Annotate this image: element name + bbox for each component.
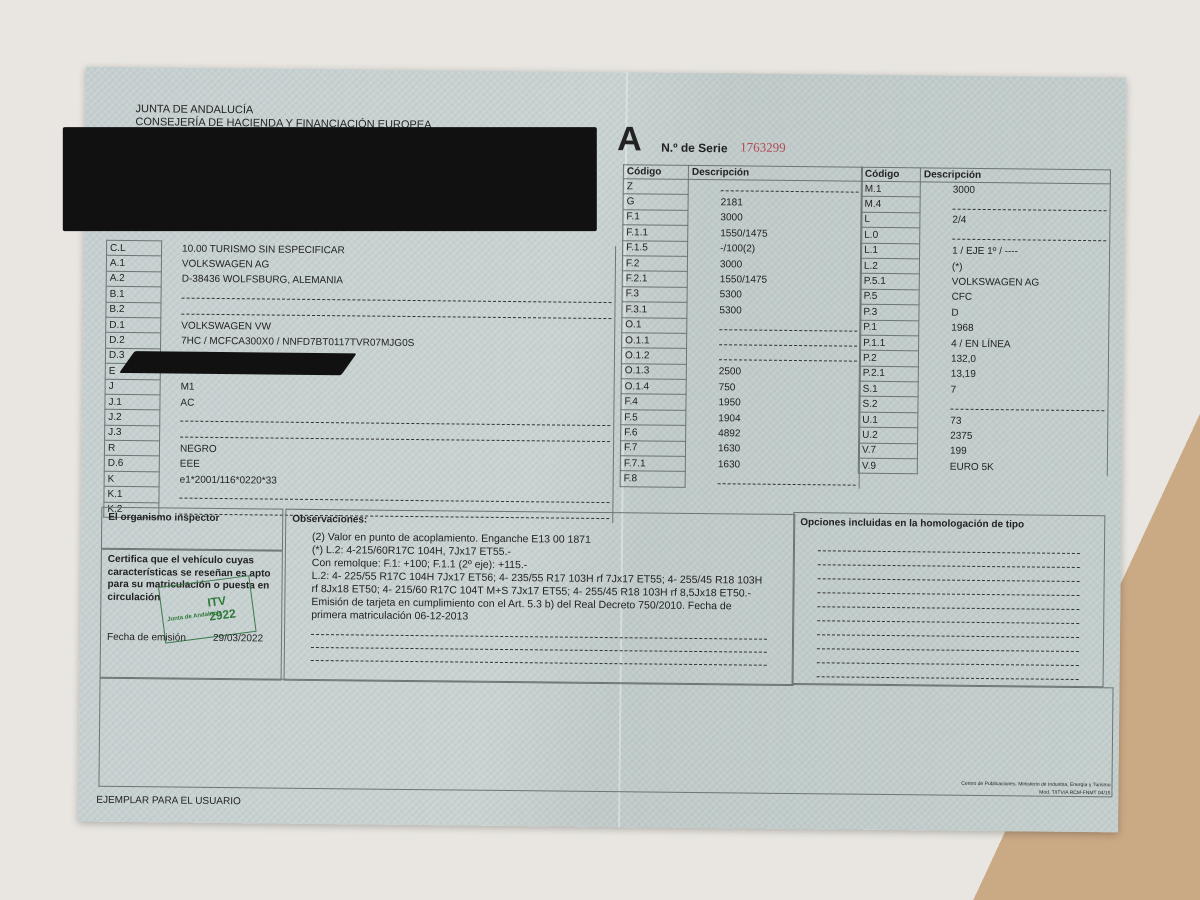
options-empty-lines: [793, 532, 1105, 687]
field-code: K.1: [104, 487, 159, 503]
field-code: F.1: [623, 209, 688, 225]
field-value: 3000: [687, 256, 861, 273]
field-value: 1950: [686, 395, 860, 412]
field-code: A.1: [106, 256, 161, 272]
field-code: D.2: [106, 333, 161, 349]
field-code: J.3: [105, 425, 160, 441]
field-code: P.5: [860, 289, 919, 305]
field-code: P.1: [860, 320, 919, 336]
observation-line: Emisión de tarjeta en cumplimiento con e…: [311, 596, 767, 627]
field-code: B.1: [106, 286, 161, 302]
field-code: A.2: [106, 271, 161, 287]
table-row: F.8: [620, 471, 859, 489]
redaction-bar-plate: [119, 351, 357, 375]
middle-code-table: Código Descripción ZG2181F.13000F.1.1155…: [620, 164, 863, 489]
field-code: L.0: [861, 227, 920, 243]
observations-box: Observaciones: (2) Valor en punto de aco…: [284, 509, 796, 686]
field-code: F.1.1: [623, 225, 688, 241]
stamp-code: ITV 2922: [207, 590, 254, 623]
certification-box: Certifica que el vehículo cuyas caracter…: [100, 549, 283, 681]
serie-number: 1763299: [740, 139, 786, 155]
field-value: [688, 179, 862, 196]
field-value: 1550/1475: [687, 272, 861, 289]
field-code: F.7: [620, 440, 685, 456]
field-code: Z: [623, 179, 688, 195]
left-code-table: C.L10.00 TURISMO SIN ESPECIFICARA.1VOLKS…: [103, 240, 616, 523]
right-code-table: Código Descripción M.13000M.4L2/4L.0L.11…: [858, 167, 1111, 477]
field-code: O.1.2: [621, 348, 686, 364]
field-code: O.1.4: [621, 379, 686, 395]
field-code: C.L: [107, 240, 162, 256]
field-value: 3000: [688, 210, 862, 227]
publisher-note: Centro de Publicaciones. Ministerio de I…: [961, 780, 1110, 798]
field-code: O.1.1: [622, 333, 687, 349]
field-value: 2500: [686, 364, 860, 381]
field-code: P.2: [859, 350, 918, 366]
field-code: D.1: [106, 317, 161, 333]
field-code: V.9: [858, 458, 917, 474]
field-value: [687, 318, 861, 335]
field-value: -/100(2): [688, 241, 862, 258]
field-value: 1904: [686, 410, 860, 427]
field-code: L.2: [860, 258, 919, 274]
field-code: G: [623, 194, 688, 210]
field-value: 5300: [687, 303, 861, 320]
field-code: U.1: [859, 412, 918, 428]
publisher: Centro de Publicaciones. Ministerio de I…: [961, 780, 1110, 790]
field-code: J: [105, 379, 160, 395]
field-code: F.7.1: [620, 456, 685, 472]
field-code: O.1: [622, 317, 687, 333]
field-code: B.2: [106, 302, 161, 318]
field-value: 1550/1475: [688, 226, 862, 243]
field-value: 4892: [686, 426, 860, 443]
field-code: J.1: [105, 394, 160, 410]
field-code: D.6: [104, 456, 159, 472]
field-value: 1630: [685, 456, 859, 473]
card-type-letter: A: [617, 120, 642, 159]
field-code: R: [104, 440, 159, 456]
field-code: F.2.1: [622, 271, 687, 287]
field-value: 1630: [685, 441, 859, 458]
field-code: J.2: [105, 410, 160, 426]
copy-label: EJEMPLAR PARA EL USUARIO: [96, 795, 241, 808]
serie-label: N.º de Serie: [661, 141, 728, 156]
table-row: V.9EURO 5K: [858, 458, 1107, 476]
issue-date: 29/03/2022: [213, 633, 263, 645]
field-code: F.6: [621, 425, 686, 441]
field-code: U.2: [859, 427, 918, 443]
field-value: EURO 5K: [917, 459, 1107, 476]
field-code: F.5: [621, 410, 686, 426]
field-code: F.3: [622, 286, 687, 302]
field-value: [685, 472, 859, 489]
field-code: S.2: [859, 397, 918, 413]
field-code: M.4: [861, 197, 920, 213]
field-code: L.1: [861, 243, 920, 259]
field-code: F.2: [622, 256, 687, 272]
field-value: [687, 333, 861, 350]
field-value: 750: [686, 379, 860, 396]
inspector-box: El organismo inspector: [101, 507, 283, 551]
field-code: M.1: [861, 181, 920, 197]
field-code: P.5.1: [860, 274, 919, 290]
inspector-title: El organismo inspector: [102, 508, 282, 529]
form-model: Mod. T/ITV/A RCM-FNMT 04/15: [961, 788, 1110, 798]
options-box: Opciones incluidas en la homologación de…: [792, 512, 1106, 687]
col-code: Código: [623, 165, 688, 180]
observations-body: (2) Valor en punto de acoplamiento. Enga…: [285, 529, 794, 668]
field-value: [686, 349, 860, 366]
field-code: V.7: [858, 443, 917, 459]
field-value: 5300: [687, 287, 861, 304]
field-code: F.3.1: [622, 302, 687, 318]
col-code: Código: [861, 167, 920, 182]
field-code: O.1.3: [621, 363, 686, 379]
field-code: P.1.1: [860, 335, 919, 351]
field-code: F.1.5: [623, 240, 688, 256]
field-code: F.8: [620, 471, 685, 487]
field-code: P.3: [860, 304, 919, 320]
field-code: F.4: [621, 394, 686, 410]
issue-date-label: Fecha de emisión: [107, 632, 186, 644]
field-code: K: [104, 471, 159, 487]
vehicle-technical-card: JUNTA DE ANDALUCÍA CONSEJERÍA DE HACIEND…: [78, 67, 1126, 833]
field-code: L: [861, 212, 920, 228]
field-code: S.1: [859, 381, 918, 397]
redaction-bar: [63, 127, 597, 231]
field-code: P.2.1: [859, 366, 918, 382]
field-value: 2181: [688, 195, 862, 212]
